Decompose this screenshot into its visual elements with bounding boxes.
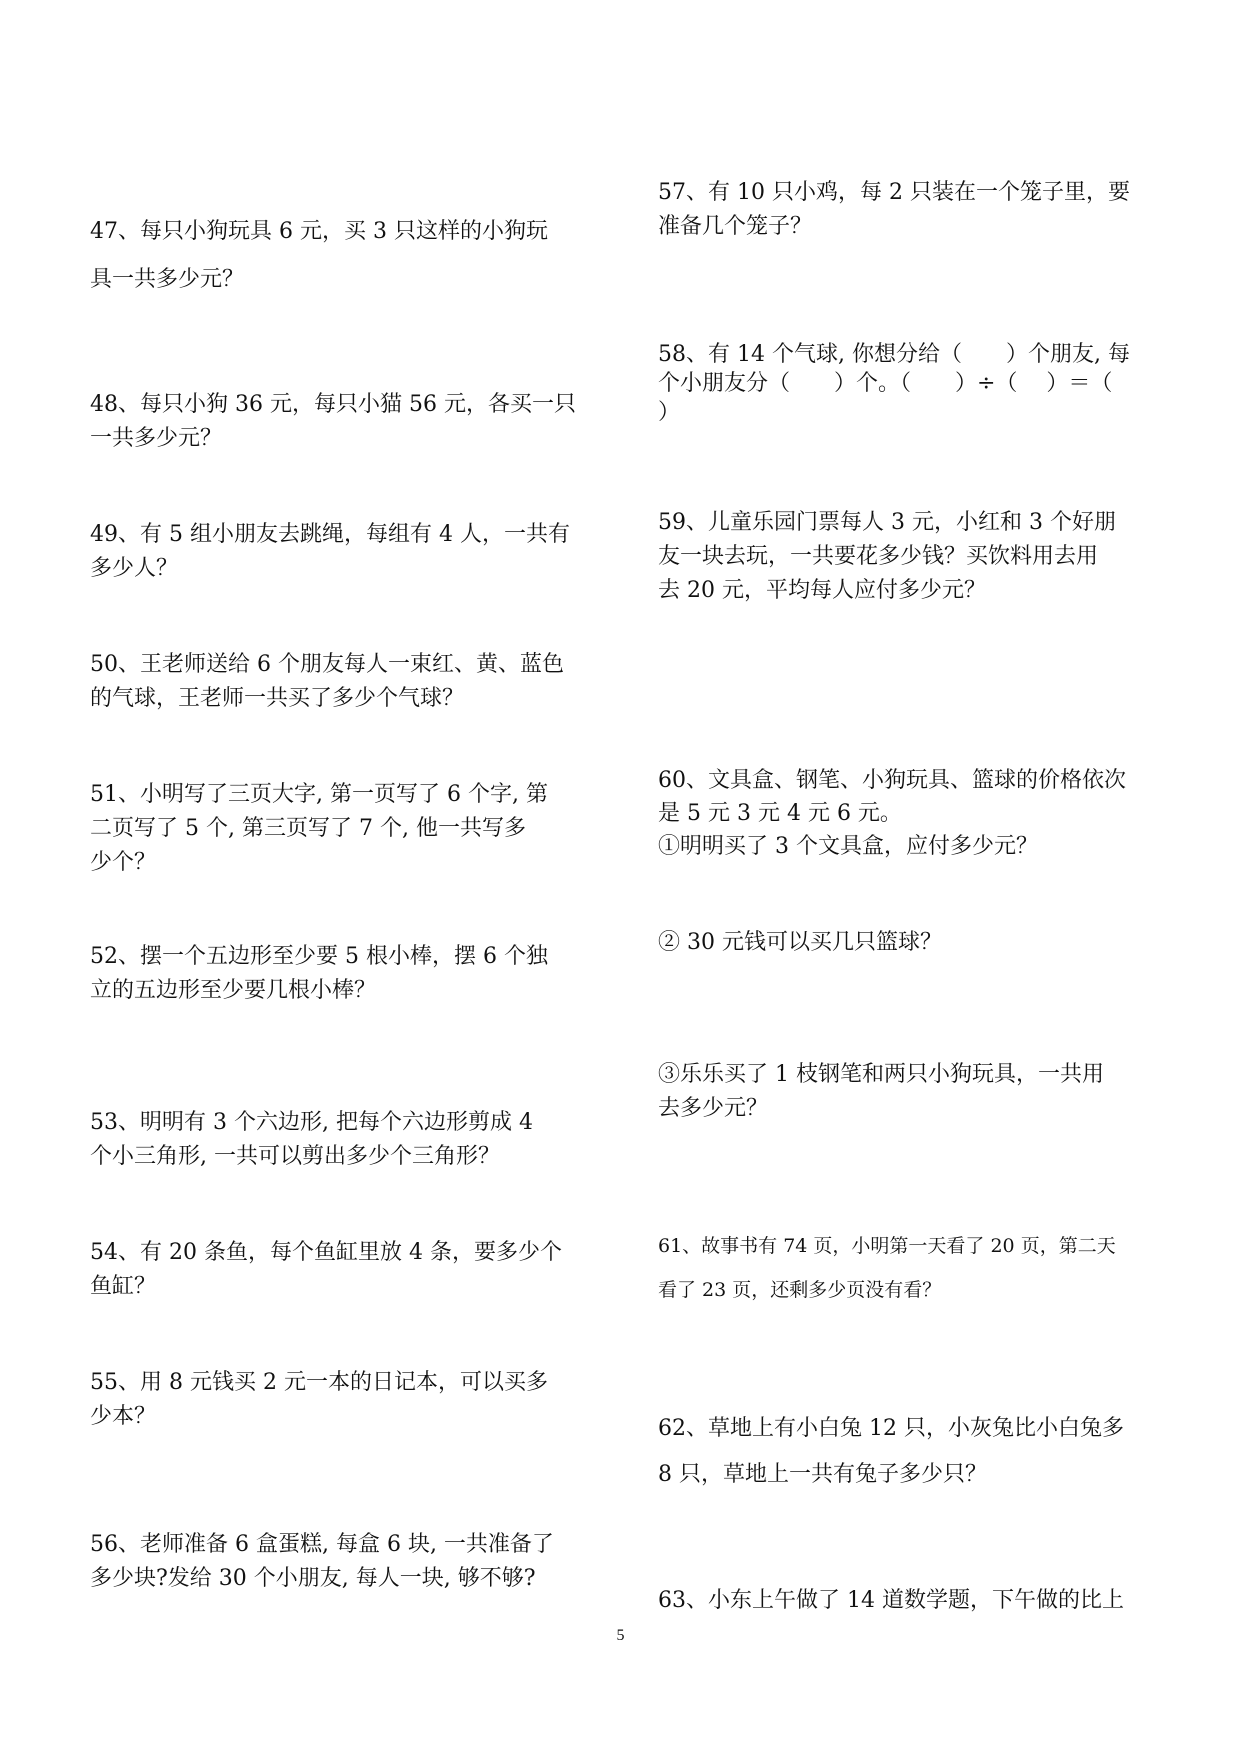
question-line: 二页写了 5 个, 第三页写了 7 个, 他一共写多 [90,812,590,846]
question-line: 60、文具盒、钢笔、小狗玩具、篮球的价格依次 [658,764,1168,797]
question-line: 个小三角形, 一共可以剪出多少个三角形？ [90,1140,590,1174]
question-line: ② 30 元钱可以买几只篮球？ [658,926,1168,960]
question-line: 51、小明写了三页大字, 第一页写了 6 个字, 第 [90,778,590,812]
question-60: 60、文具盒、钢笔、小狗玩具、篮球的价格依次是 5 元 3 元 4 元 6 元。… [658,764,1168,863]
question-48: 48、每只小狗 36 元，每只小猫 56 元，各买一只一共多少元？ [90,388,590,456]
question-line: 友一块去玩，一共要花多少钱？买饮料用去用 [658,540,1168,574]
question-line: 少个？ [90,846,590,880]
question-line: ） [658,398,1168,427]
question-line: 55、用 8 元钱买 2 元一本的日记本，可以买多 [90,1366,590,1400]
question-line: 54、有 20 条鱼，每个鱼缸里放 4 条，要多少个 [90,1236,590,1270]
question-54: 54、有 20 条鱼，每个鱼缸里放 4 条，要多少个鱼缸？ [90,1236,590,1304]
question-62: 62、草地上有小白兔 12 只，小灰兔比小白兔多8 只，草地上一共有兔子多少只？ [658,1406,1168,1498]
question-line: 具一共多少元？ [90,256,590,304]
question-line: 的气球，王老师一共买了多少个气球？ [90,682,590,716]
page-number: 5 [0,1627,1241,1645]
question-line: 62、草地上有小白兔 12 只，小灰兔比小白兔多 [658,1406,1168,1452]
question-line: 59、儿童乐园门票每人 3 元，小红和 3 个好朋 [658,506,1168,540]
question-63: 63、小东上午做了 14 道数学题，下午做的比上 [658,1584,1168,1618]
question-47: 47、每只小狗玩具 6 元，买 3 只这样的小狗玩具一共多少元？ [90,208,590,304]
question-line: 61、故事书有 74 页，小明第一天看了 20 页，第二天 [658,1224,1168,1268]
question-line: 鱼缸？ [90,1270,590,1304]
question-line: 47、每只小狗玩具 6 元，买 3 只这样的小狗玩 [90,208,590,256]
question-line: 57、有 10 只小鸡，每 2 只装在一个笼子里，要 [658,176,1168,210]
question-line: 49、有 5 组小朋友去跳绳，每组有 4 人，一共有 [90,518,590,552]
question-line: 63、小东上午做了 14 道数学题，下午做的比上 [658,1584,1168,1618]
question-53: 53、明明有 3 个六边形, 把每个六边形剪成 4个小三角形, 一共可以剪出多少… [90,1106,590,1174]
question-line: 56、老师准备 6 盒蛋糕, 每盒 6 块, 一共准备了 [90,1528,590,1562]
question-60-3: ③乐乐买了 1 枝钢笔和两只小狗玩具，一共用去多少元？ [658,1058,1168,1126]
question-52: 52、摆一个五边形至少要 5 根小棒，摆 6 个独立的五边形至少要几根小棒？ [90,940,590,1008]
question-line: 52、摆一个五边形至少要 5 根小棒，摆 6 个独 [90,940,590,974]
question-line: 立的五边形至少要几根小棒？ [90,974,590,1008]
question-line: 8 只，草地上一共有兔子多少只？ [658,1452,1168,1498]
question-55: 55、用 8 元钱买 2 元一本的日记本，可以买多少本？ [90,1366,590,1434]
question-line: 少本？ [90,1400,590,1434]
question-line: 53、明明有 3 个六边形, 把每个六边形剪成 4 [90,1106,590,1140]
question-51: 51、小明写了三页大字, 第一页写了 6 个字, 第二页写了 5 个, 第三页写… [90,778,590,880]
question-line: 58、有 14 个气球, 你想分给（ ）个朋友, 每 [658,340,1168,369]
question-56: 56、老师准备 6 盒蛋糕, 每盒 6 块, 一共准备了多少块?发给 30 个小… [90,1528,590,1596]
question-line: 是 5 元 3 元 4 元 6 元。 [658,797,1168,830]
question-line: ③乐乐买了 1 枝钢笔和两只小狗玩具，一共用 [658,1058,1168,1092]
question-50: 50、王老师送给 6 个朋友每人一束红、黄、蓝色的气球，王老师一共买了多少个气球… [90,648,590,716]
question-line: 50、王老师送给 6 个朋友每人一束红、黄、蓝色 [90,648,590,682]
question-61: 61、故事书有 74 页，小明第一天看了 20 页，第二天看了 23 页，还剩多… [658,1224,1168,1312]
question-58: 58、有 14 个气球, 你想分给（ ）个朋友, 每个小朋友分（ ）个。（ ）÷… [658,340,1168,427]
question-line: ①明明买了 3 个文具盒，应付多少元？ [658,830,1168,863]
question-line: 看了 23 页，还剩多少页没有看？ [658,1268,1168,1312]
question-line: 去多少元？ [658,1092,1168,1126]
question-line: 一共多少元？ [90,422,590,456]
question-line: 48、每只小狗 36 元，每只小猫 56 元，各买一只 [90,388,590,422]
question-line: 多少人？ [90,552,590,586]
question-59: 59、儿童乐园门票每人 3 元，小红和 3 个好朋友一块去玩，一共要花多少钱？买… [658,506,1168,608]
question-57: 57、有 10 只小鸡，每 2 只装在一个笼子里，要准备几个笼子？ [658,176,1168,244]
question-49: 49、有 5 组小朋友去跳绳，每组有 4 人，一共有多少人？ [90,518,590,586]
question-line: 准备几个笼子？ [658,210,1168,244]
question-line: 去 20 元，平均每人应付多少元？ [658,574,1168,608]
question-line: 多少块?发给 30 个小朋友, 每人一块, 够不够? [90,1562,590,1596]
worksheet-page: 47、每只小狗玩具 6 元，买 3 只这样的小狗玩具一共多少元？48、每只小狗 … [0,0,1241,1754]
question-line: 个小朋友分（ ）个。（ ）÷（ ）＝（ [658,369,1168,398]
question-60-2: ② 30 元钱可以买几只篮球？ [658,926,1168,960]
